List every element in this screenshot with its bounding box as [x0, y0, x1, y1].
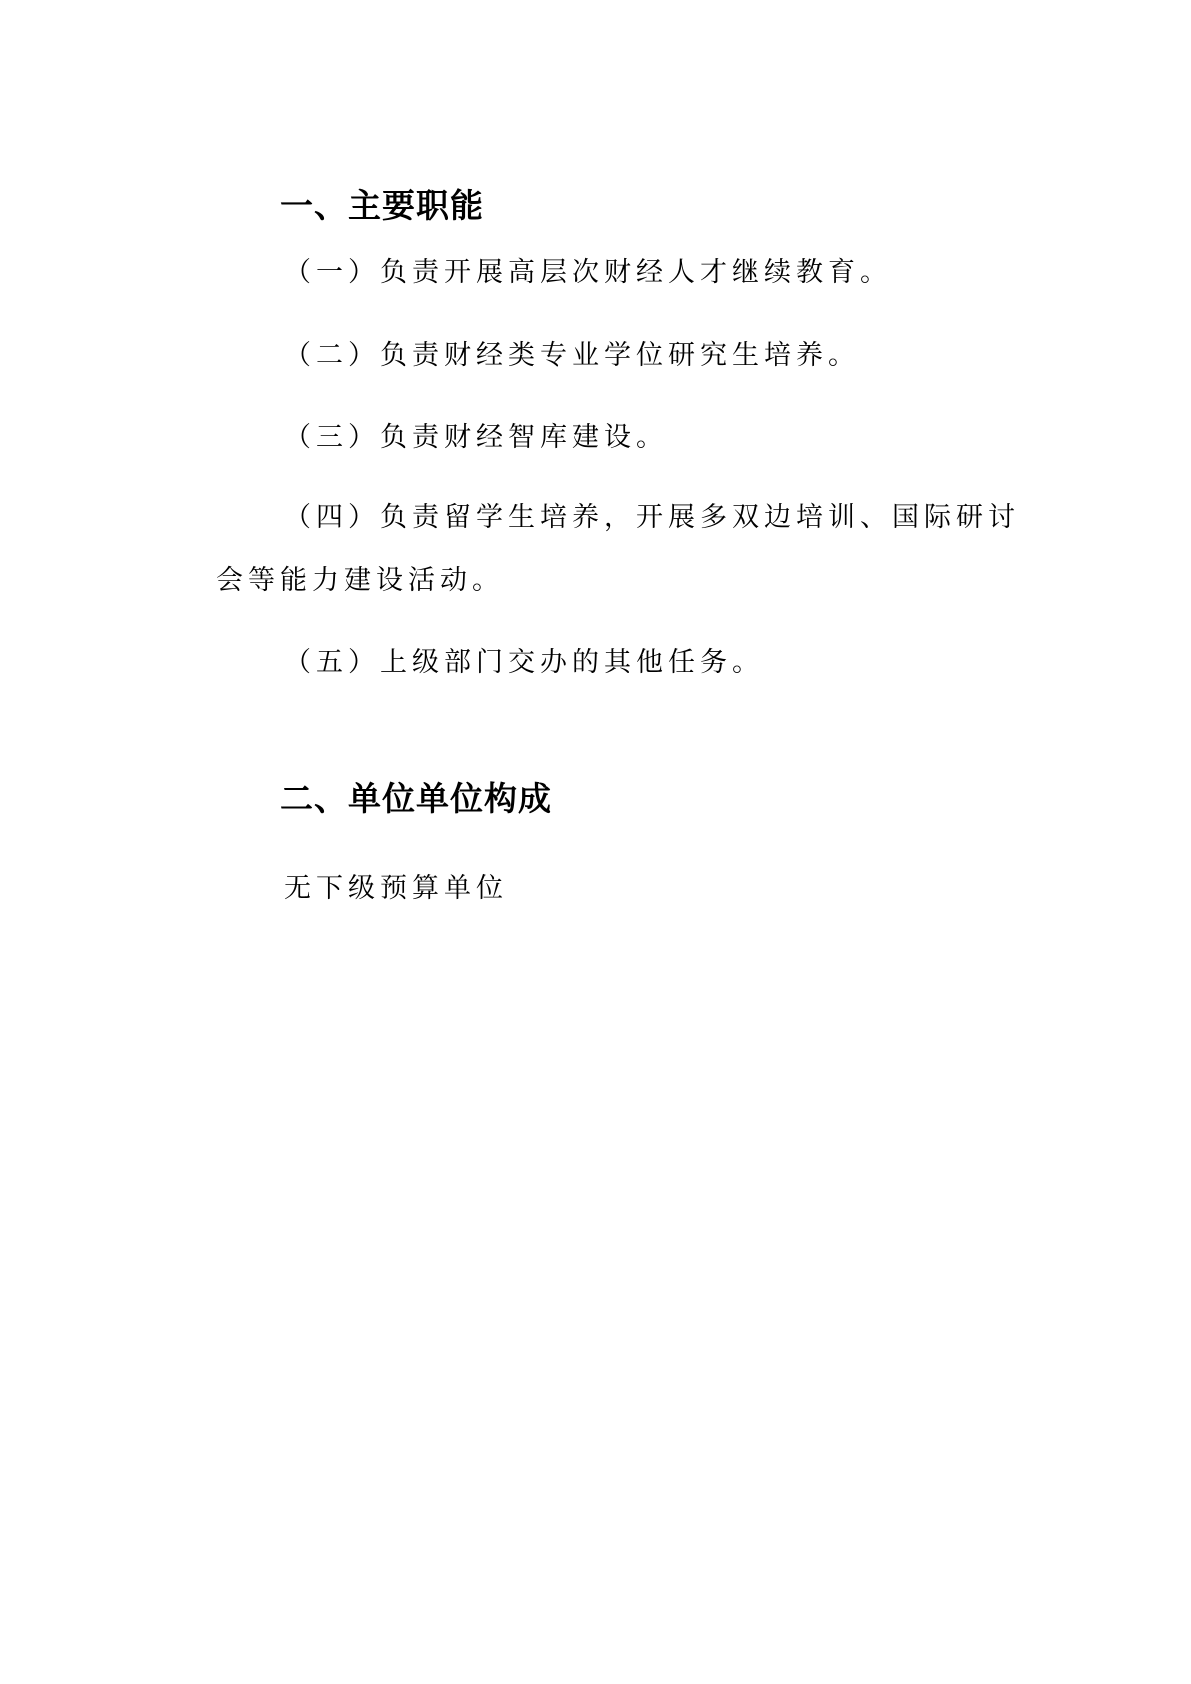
- section-heading-unit-composition: 二、单位单位构成: [280, 773, 552, 820]
- function-item-1: （一）负责开展高层次财经人才继续教育。: [284, 250, 892, 289]
- function-item-4-line-2: 会等能力建设活动。: [216, 558, 504, 597]
- function-item-2: （二）负责财经类专业学位研究生培养。: [284, 333, 860, 372]
- function-item-3: （三）负责财经智库建设。: [284, 415, 668, 454]
- section-heading-main-functions: 一、主要职能: [280, 180, 484, 227]
- unit-composition-text: 无下级预算单位: [284, 866, 508, 905]
- function-item-4-line-1: （四）负责留学生培养，开展多双边培训、国际研讨: [284, 495, 1020, 534]
- function-item-5: （五）上级部门交办的其他任务。: [284, 640, 764, 679]
